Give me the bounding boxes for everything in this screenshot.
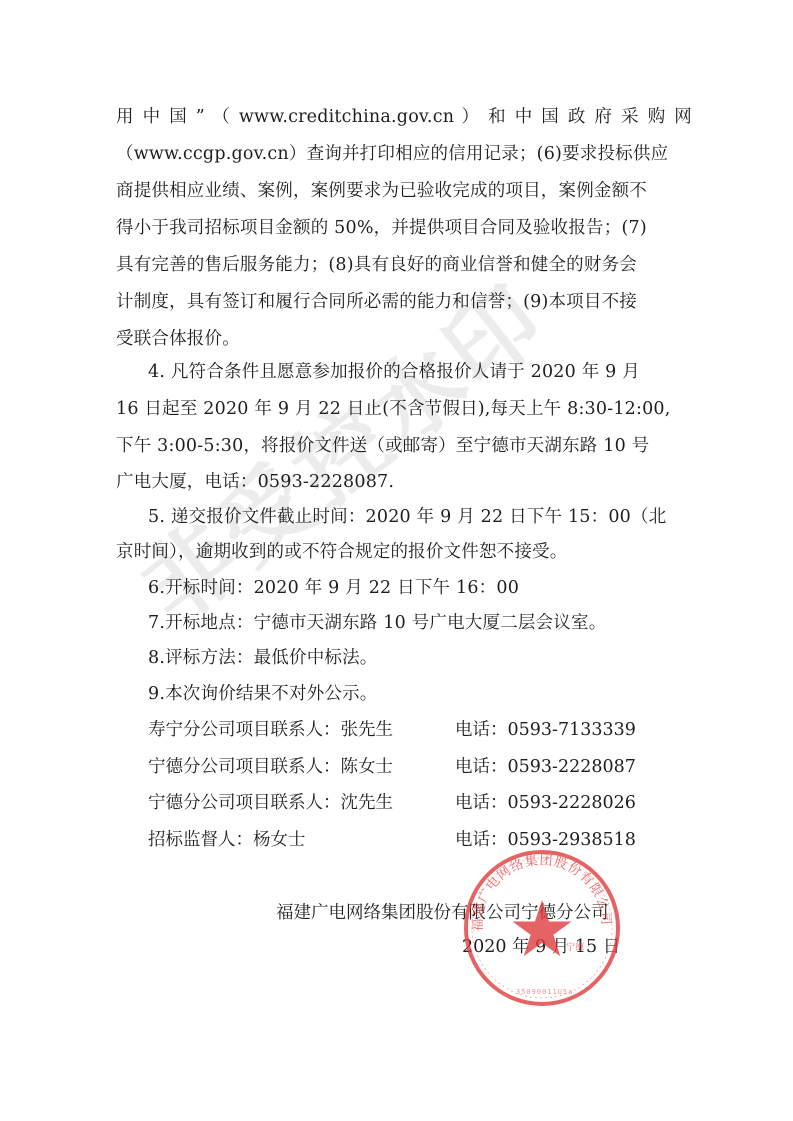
document-body: 用 中 国 ” （ www.creditchina.gov.cn ） 和 中 国… [0,0,793,1121]
contact-label: 宁德分公司项目联系人：陈女士 [148,756,393,778]
paragraph-line: 用 中 国 ” （ www.creditchina.gov.cn ） 和 中 国… [116,106,692,128]
paragraph-line: 计制度，具有签订和履行合同所必需的能力和信誉；(9)本项目不接 [116,291,692,313]
item-5-line: 京时间），逾期收到的或不符合规定的报价文件恕不接受。 [116,541,692,563]
contact-label: 寿宁分公司项目联系人：张先生 [148,719,393,741]
item-4-line: 下午 3:00-5:30，将报价文件送（或邮寄）至宁德市天湖东路 10 号 [116,435,692,457]
contact-phone: 电话：0593-2938518 [455,829,636,851]
paragraph-line: 具有完善的售后服务能力；(8)具有良好的商业信誉和健全的财务会 [116,254,692,276]
paragraph-line: 得小于我司招标项目金额的 50%，并提供项目合同及验收报告；(7) [116,217,692,239]
item-6-opening-time: 6.开标时间：2020 年 9 月 22 日下午 16：00 [148,577,692,599]
signature-date: 2020 年 9 月 15 日 [462,936,620,958]
item-7-opening-location: 7.开标地点：宁德市天湖东路 10 号广电大厦二层会议室。 [148,612,692,634]
signature-company: 福建广电网络集团股份有限公司宁德分公司 [276,902,609,924]
contact-label: 宁德分公司项目联系人：沈先生 [148,792,393,814]
item-4-line: 广电大厦，电话：0593-2228087. [116,471,692,493]
item-5-line: 5. 递交报价文件截止时间：2020 年 9 月 22 日下午 15：00（北 [148,506,692,528]
contact-phone: 电话：0593-2228087 [455,756,636,778]
contact-phone: 电话：0593-2228026 [455,792,636,814]
contact-label: 招标监督人：杨女士 [148,829,306,851]
item-8-evaluation-method: 8.评标方法：最低价中标法。 [148,647,692,669]
document-page: 非受控水印 用 中 国 ” （ www.creditchina.gov.cn ）… [0,0,793,1121]
paragraph-line: 商提供相应业绩、案例，案例要求为已验收完成的项目，案例金额不 [116,180,692,202]
item-9-result-notice: 9.本次询价结果不对外公示。 [148,683,692,705]
paragraph-line: 受联合体报价。 [116,328,692,350]
item-4-line: 16 日起至 2020 年 9 月 22 日止(不含节假日),每天上午 8:30… [116,398,692,420]
contact-phone: 电话：0593-7133339 [455,719,636,741]
paragraph-line: （www.ccgp.gov.cn）查询并打印相应的信用记录；(6)要求投标供应 [116,143,692,165]
item-4-line: 4. 凡符合条件且愿意参加报价的合格报价人请于 2020 年 9 月 [148,361,692,383]
